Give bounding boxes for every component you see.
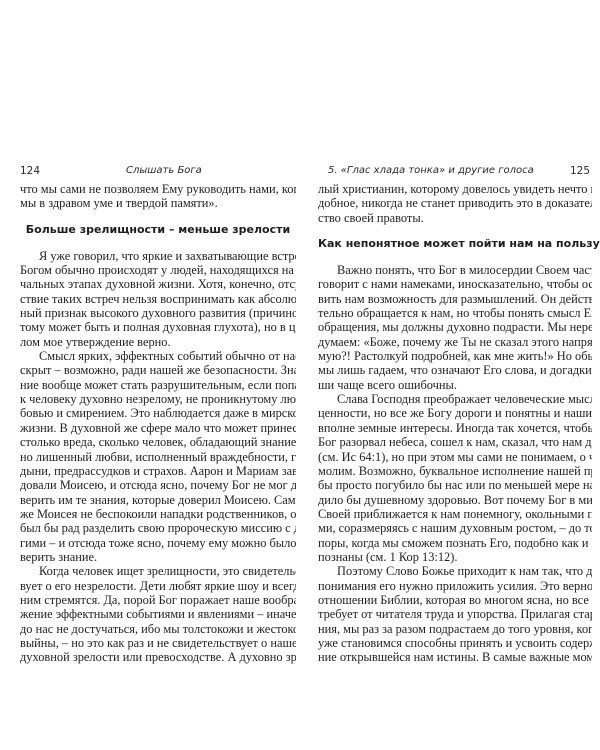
text-line: требует от читателя труда и упорства. Пр… xyxy=(318,607,592,621)
text-line: говорит с нами намеками, иносказательно,… xyxy=(318,277,592,291)
running-title: Слышать Бога xyxy=(126,163,202,179)
text-line: Слава Господня преображает человеческие … xyxy=(318,392,592,406)
text-line: тельно обращается к нам, но чтобы понять… xyxy=(318,306,592,320)
paragraph: Поэтому Слово Божье приходит к нам так, … xyxy=(318,564,592,664)
text-line: тому может быть и полная духовная глухот… xyxy=(20,320,296,334)
running-head-right: 5. «Глас хлада тонка» и другие голоса 12… xyxy=(318,163,592,179)
text-line: гими – и отсюда тоже ясно, почему ему мо… xyxy=(20,536,296,550)
text-line: жизни. В духовной же сфере мало что може… xyxy=(20,421,296,435)
text-line: лом мое утверждение верно. xyxy=(20,335,296,349)
book-spread: 124 Слышать Бога что мы сами не позволяе… xyxy=(0,0,600,750)
text-line: ние вообще может стать разрушительным, е… xyxy=(20,378,296,392)
text-line: бы просто погубило бы нас или по меньшей… xyxy=(318,478,592,492)
text-line: был бы рад разделить свою пророческую ми… xyxy=(20,521,296,535)
left-page: 124 Слышать Бога что мы сами не позволяе… xyxy=(20,163,296,665)
text-line: выйны, – но это как раз и не свидетельст… xyxy=(20,636,296,650)
text-line: дило бы душевному здоровью. Вот почему Б… xyxy=(318,493,592,507)
text-line: отношении Библии, которая во многом ясна… xyxy=(318,593,592,607)
text-line: ши чаще всего ошибочны. xyxy=(318,378,592,392)
text-line: ценности, но все же Богу дороги и понятн… xyxy=(318,406,592,420)
text-line: верить им те знания, которые доверил Мои… xyxy=(20,493,296,507)
text-line: ние открывшейся нам истины. В самые важн… xyxy=(318,650,592,664)
text-line: добное, никогда не станет приводить это … xyxy=(318,196,592,210)
paragraph: Важно понять, что Бог в милосердии Своем… xyxy=(318,263,592,392)
text-line: ство своей правоты. xyxy=(318,211,592,225)
text-line: Смысл ярких, эффектных событий обычно от… xyxy=(20,349,296,363)
text-line: вить нам возможность для размышлений. Он… xyxy=(318,292,592,306)
paragraph: Смысл ярких, эффектных событий обычно от… xyxy=(20,349,296,564)
text-line: лый христианин, которому довелось увидет… xyxy=(318,182,592,196)
text-line: ми, соразмеряясь с нашим духовным ростом… xyxy=(318,521,592,535)
text-line: духовной зрелости или превосходстве. А д… xyxy=(20,650,296,664)
paragraph: Я уже говорил, что яркие и захватывающие… xyxy=(20,249,296,349)
text-line: Бог разорвал небеса, сошел к нам, сказал… xyxy=(318,435,592,449)
text-line: Своей приближается к нам понемногу, окол… xyxy=(318,507,592,521)
text-line: вполне земные интересы. Иногда так хочет… xyxy=(318,421,592,435)
text-line: познаны (см. 1 Кор 13:12). xyxy=(318,550,592,564)
running-head-left: 124 Слышать Бога xyxy=(20,163,296,179)
text-line: Богом обычно происходят у людей, находящ… xyxy=(20,263,296,277)
section-heading: Больше зрелищности – меньше зрелости xyxy=(20,223,296,237)
text-line: бовью и смирением. Это наблюдается даже … xyxy=(20,406,296,420)
text-line: что мы сами не позволяем Ему руководить … xyxy=(20,182,296,196)
text-line: ный признак высокого духовного развития … xyxy=(20,306,296,320)
text-line: мую?! Растолкуй подробней, как мне жить!… xyxy=(318,349,592,363)
text-line: Я уже говорил, что яркие и захватывающие… xyxy=(20,249,296,263)
page-number: 125 xyxy=(570,163,590,179)
paragraph: Слава Господня преображает человеческие … xyxy=(318,392,592,564)
page-body: что мы сами не позволяем Ему руководить … xyxy=(20,182,296,665)
text-line: понимания его нужно приложить усилия. Эт… xyxy=(318,579,592,593)
text-line: мы лишь гадаем, что означают Его слова, … xyxy=(318,363,592,377)
text-line: к человеку духовно незрелому, не проникн… xyxy=(20,392,296,406)
text-line: вует о его незрелости. Дети любят яркие … xyxy=(20,579,296,593)
text-line: (см. Ис 64:1), но при этом мы сами не по… xyxy=(318,450,592,464)
text-line: же Моисея не беспокоили нападки родствен… xyxy=(20,507,296,521)
running-title: 5. «Глас хлада тонка» и другие голоса xyxy=(328,163,534,179)
text-line: чальных этапах духовной жизни. Хотя, кон… xyxy=(20,277,296,291)
text-line: до нас не достучаться, ибо мы толстокожи… xyxy=(20,622,296,636)
text-line: молим. Возможно, буквальное исполнение н… xyxy=(318,464,592,478)
text-line: ствие таких встреч нельзя воспринимать к… xyxy=(20,292,296,306)
text-line: столько вреда, сколько человек, обладающ… xyxy=(20,435,296,449)
text-line: дыни, предрассудков и страхов. Аарон и М… xyxy=(20,464,296,478)
text-line: мы в здравом уме и твердой памяти». xyxy=(20,196,296,210)
text-line: обращения, мы должны духовно подрасти. М… xyxy=(318,320,592,334)
text-line: жение эффектными событиями и явлениями –… xyxy=(20,607,296,621)
text-line: Поэтому Слово Божье приходит к нам так, … xyxy=(318,564,592,578)
text-line: поры, когда мы сможем познать Его, подоб… xyxy=(318,536,592,550)
text-line: уже становимся способны принять и усвоит… xyxy=(318,636,592,650)
page-body: лый христианин, которому довелось увидет… xyxy=(318,182,592,665)
section-heading: Как непонятное может пойти нам на пользу xyxy=(318,237,592,251)
text-line: Важно понять, что Бог в милосердии Своем… xyxy=(318,263,592,277)
text-line: ния, мы раз за разом подрастаем до того … xyxy=(318,622,592,636)
text-line: ним стремятся. Да, порой Бог поражает на… xyxy=(20,593,296,607)
text-line: скрыт – возможно, ради нашей же безопасн… xyxy=(20,363,296,377)
right-page: 5. «Глас хлада тонка» и другие голоса 12… xyxy=(318,163,592,665)
text-line: Когда человек ищет зрелищности, это свид… xyxy=(20,564,296,578)
paragraph: Когда человек ищет зрелищности, это свид… xyxy=(20,564,296,664)
text-line: довали Моисею, и отсюда ясно, почему Бог… xyxy=(20,478,296,492)
text-line: но лишенный любви, исполненный враждебно… xyxy=(20,450,296,464)
text-line: думаем: «Боже, почему же Ты не сказал эт… xyxy=(318,335,592,349)
text-line: верить знание. xyxy=(20,550,296,564)
page-number: 124 xyxy=(20,163,40,179)
